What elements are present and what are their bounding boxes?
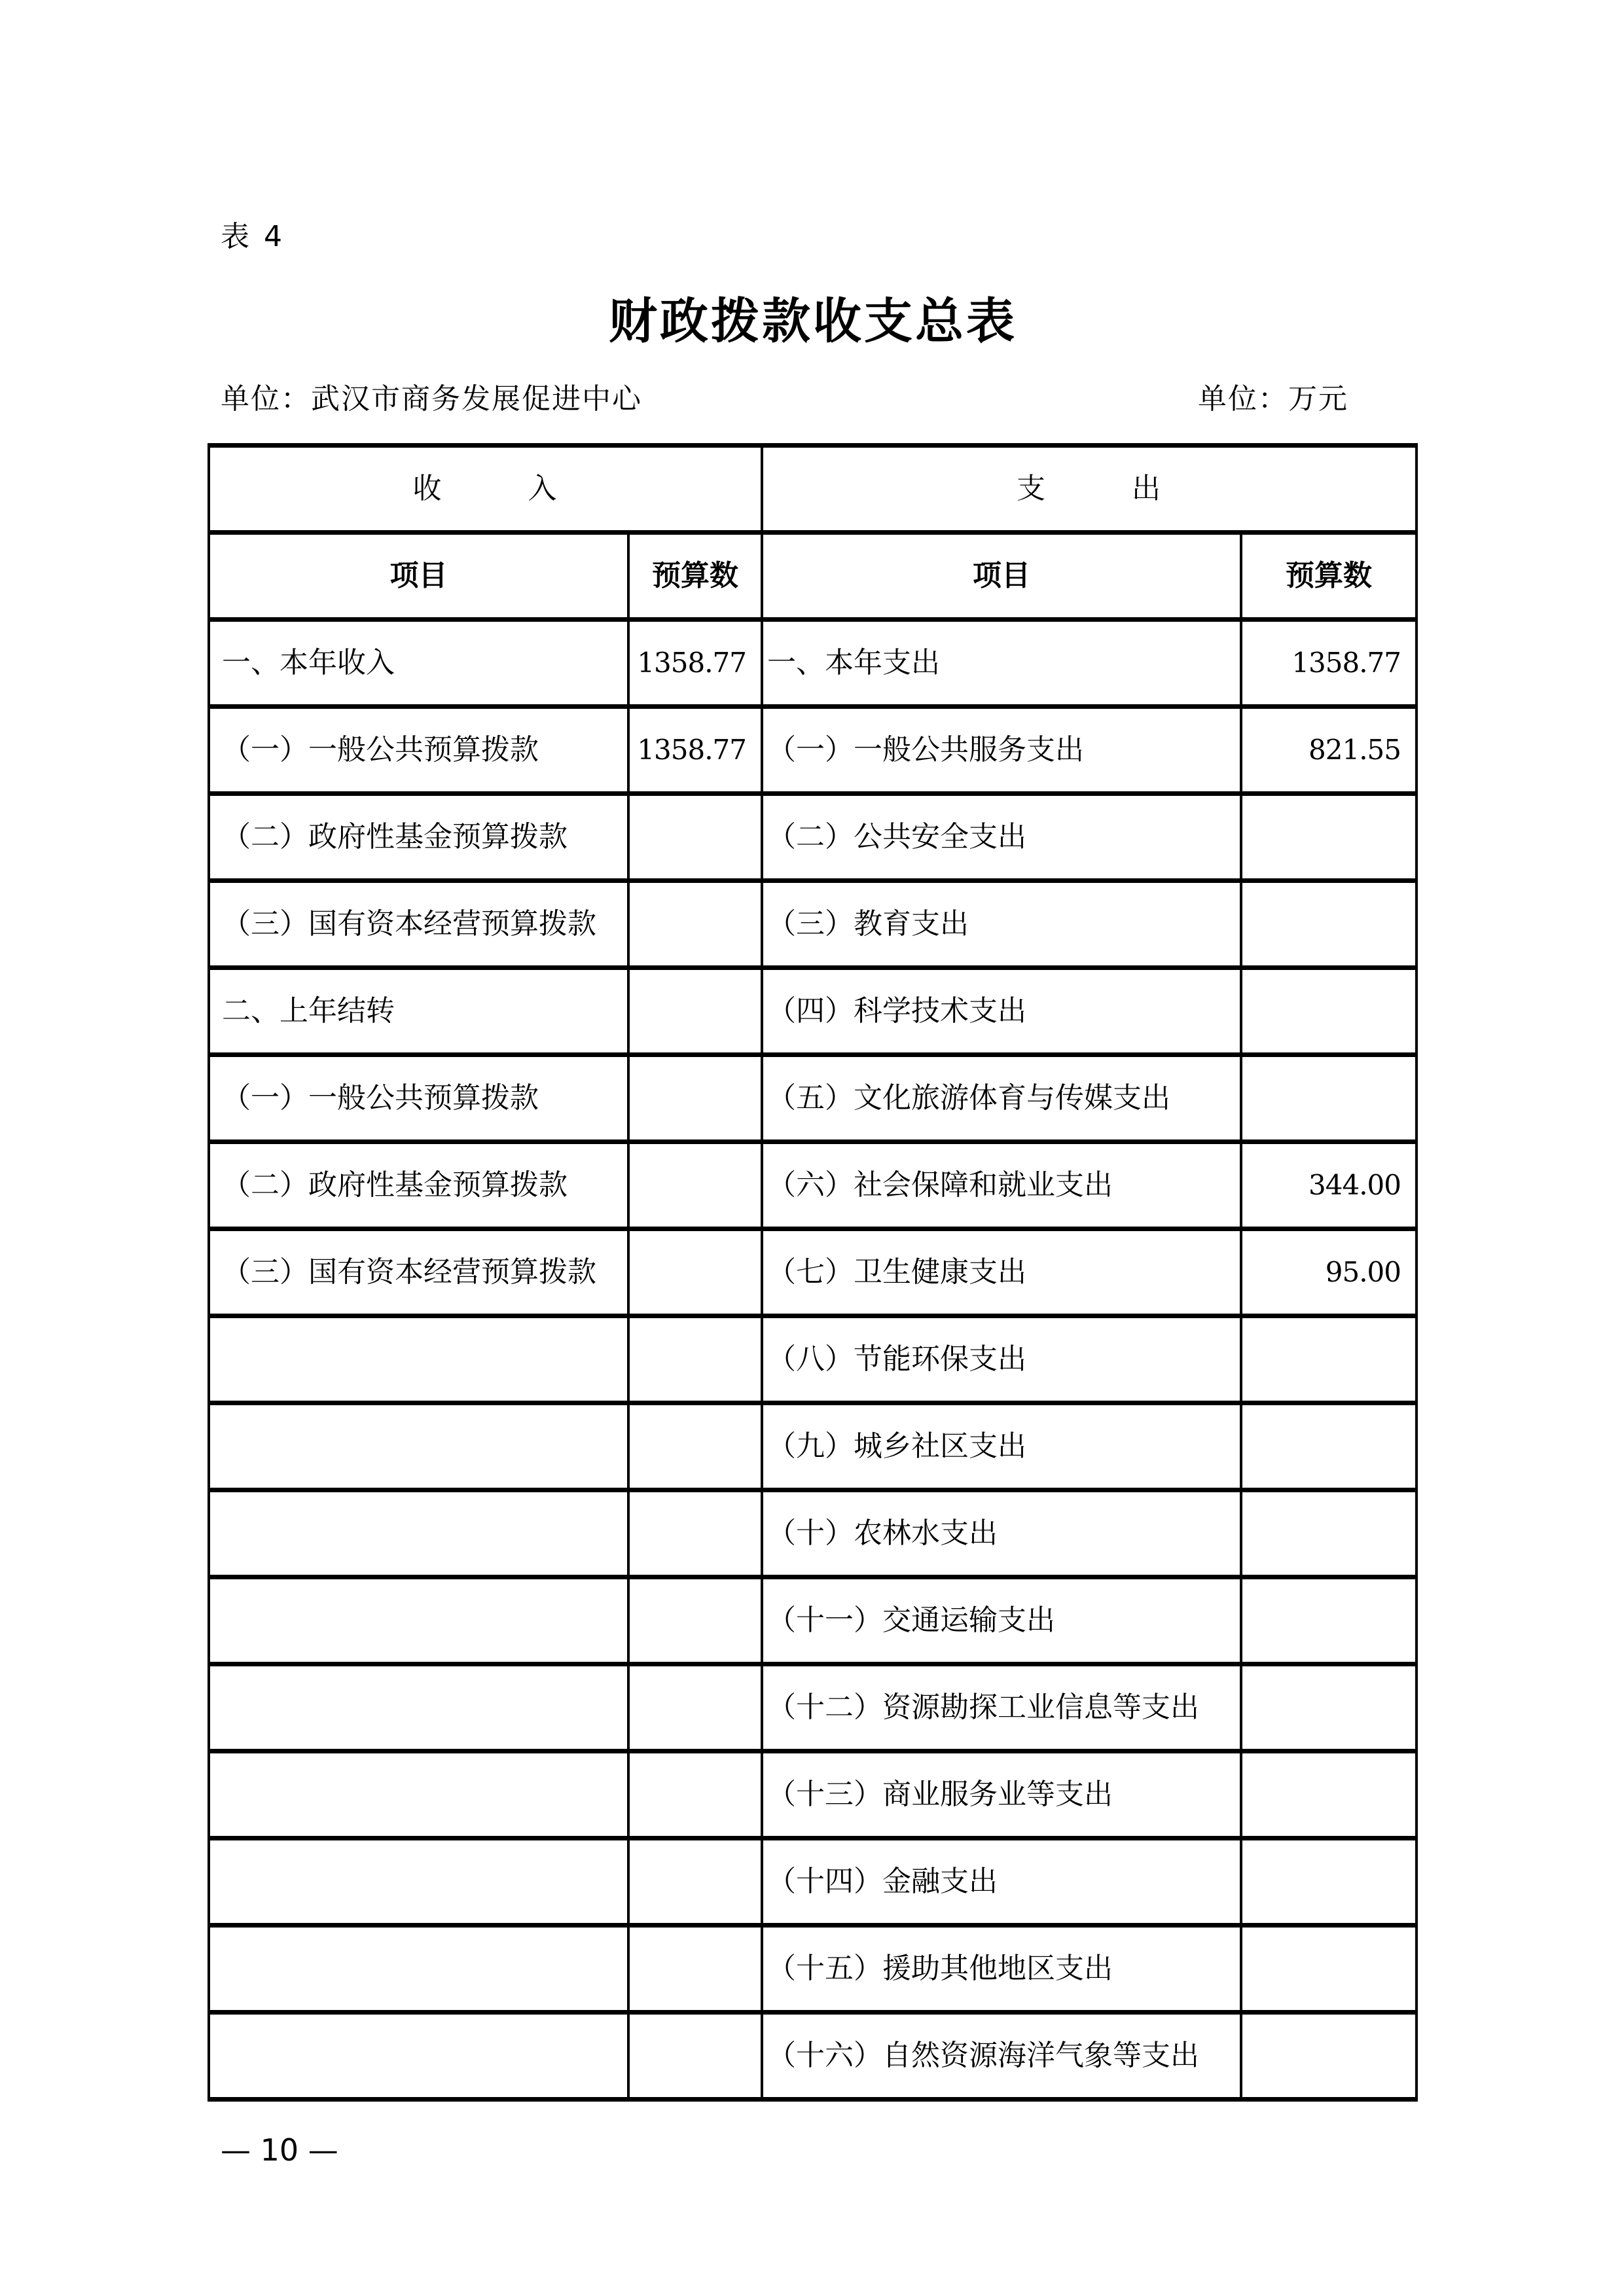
income-amount-cell — [628, 1577, 762, 1664]
income-amount-cell — [628, 1751, 762, 1839]
expense-item-cell: （五）文化旅游体育与传媒支出 — [762, 1055, 1241, 1142]
income-amount-header: 预算数 — [628, 533, 762, 620]
expense-amount-cell — [1241, 1403, 1416, 1490]
unit-currency: 单位：万元 — [1198, 382, 1348, 416]
expense-item-cell: （三）教育支出 — [762, 881, 1241, 968]
expense-item-cell: （四）科学技术支出 — [762, 968, 1241, 1055]
expense-amount-cell — [1241, 1055, 1416, 1142]
income-amount-cell — [628, 1664, 762, 1751]
expense-amount-cell — [1241, 2013, 1416, 2100]
table-row: （十六）自然资源海洋气象等支出 — [209, 2013, 1416, 2100]
table-row: 二、上年结转（四）科学技术支出 — [209, 968, 1416, 1055]
expense-section-header: 支出 — [762, 446, 1416, 533]
table-number-label: 表 4 — [221, 220, 285, 254]
table-body: 一、本年收入1358.77一、本年支出1358.77（一）一般公共预算拨款135… — [209, 620, 1416, 2100]
expense-item-cell: （十）农林水支出 — [762, 1490, 1241, 1577]
income-item-cell — [209, 1490, 628, 1577]
income-item-header: 项目 — [209, 533, 628, 620]
page-number: — 10 — — [221, 2132, 338, 2168]
income-amount-cell: 1358.77 — [628, 707, 762, 794]
expense-amount-cell — [1241, 1926, 1416, 2013]
table-row: （八）节能环保支出 — [209, 1316, 1416, 1403]
income-item-cell: （三）国有资本经营预算拨款 — [209, 1229, 628, 1316]
table-row: （十三）商业服务业等支出 — [209, 1751, 1416, 1839]
income-amount-cell — [628, 794, 762, 881]
expense-amount-header: 预算数 — [1241, 533, 1416, 620]
expense-section-label-b: 出 — [1132, 472, 1162, 505]
income-amount-cell — [628, 1490, 762, 1577]
income-section-header: 收入 — [209, 446, 762, 533]
expense-amount-cell: 344.00 — [1241, 1142, 1416, 1229]
expense-item-cell: （二）公共安全支出 — [762, 794, 1241, 881]
income-item-cell — [209, 1926, 628, 2013]
expense-amount-cell: 95.00 — [1241, 1229, 1416, 1316]
income-amount-cell — [628, 1316, 762, 1403]
expense-amount-cell — [1241, 1839, 1416, 1926]
expense-amount-cell — [1241, 794, 1416, 881]
expense-amount-cell: 821.55 — [1241, 707, 1416, 794]
income-item-cell: （二）政府性基金预算拨款 — [209, 1142, 628, 1229]
document-title: 财政拨款收支总表 — [0, 292, 1624, 351]
expense-item-cell: （十五）援助其他地区支出 — [762, 1926, 1241, 2013]
table-row: （十）农林水支出 — [209, 1490, 1416, 1577]
budget-summary-table: 收入 支出 项目 预算数 项目 预算数 一、本年收入1358.77一、本年支出1… — [208, 443, 1418, 2102]
income-amount-cell — [628, 1142, 762, 1229]
expense-amount-cell — [1241, 881, 1416, 968]
income-item-cell: （二）政府性基金预算拨款 — [209, 794, 628, 881]
expense-amount-cell — [1241, 1751, 1416, 1839]
income-item-cell — [209, 1839, 628, 1926]
income-amount-cell — [628, 1055, 762, 1142]
table-row: （三）国有资本经营预算拨款（七）卫生健康支出95.00 — [209, 1229, 1416, 1316]
expense-item-cell: （十二）资源勘探工业信息等支出 — [762, 1664, 1241, 1751]
table-row: （三）国有资本经营预算拨款（三）教育支出 — [209, 881, 1416, 968]
expense-section-label-a: 支 — [1017, 472, 1047, 505]
table-row: （一）一般公共预算拨款（五）文化旅游体育与传媒支出 — [209, 1055, 1416, 1142]
income-item-cell — [209, 1751, 628, 1839]
income-amount-cell — [628, 1403, 762, 1490]
income-amount-cell — [628, 881, 762, 968]
income-item-cell — [209, 1403, 628, 1490]
column-header-row: 项目 预算数 项目 预算数 — [209, 533, 1416, 620]
income-section-label-b: 入 — [528, 472, 558, 505]
expense-amount-cell: 1358.77 — [1241, 620, 1416, 707]
income-amount-cell — [628, 1926, 762, 2013]
table-row: （二）政府性基金预算拨款（二）公共安全支出 — [209, 794, 1416, 881]
section-header-row: 收入 支出 — [209, 446, 1416, 533]
table-row: （九）城乡社区支出 — [209, 1403, 1416, 1490]
income-section-label-a: 收 — [413, 472, 443, 505]
income-item-cell — [209, 1316, 628, 1403]
income-item-cell — [209, 1664, 628, 1751]
income-amount-cell: 1358.77 — [628, 620, 762, 707]
expense-item-cell: （十三）商业服务业等支出 — [762, 1751, 1241, 1839]
table-row: （一）一般公共预算拨款1358.77（一）一般公共服务支出821.55 — [209, 707, 1416, 794]
income-item-cell: 二、上年结转 — [209, 968, 628, 1055]
income-item-cell: （一）一般公共预算拨款 — [209, 1055, 628, 1142]
expense-item-cell: （六）社会保障和就业支出 — [762, 1142, 1241, 1229]
expense-item-cell: （一）一般公共服务支出 — [762, 707, 1241, 794]
income-item-cell — [209, 2013, 628, 2100]
expense-item-cell: （八）节能环保支出 — [762, 1316, 1241, 1403]
income-amount-cell — [628, 1229, 762, 1316]
expense-item-cell: （十一）交通运输支出 — [762, 1577, 1241, 1664]
table-row: （十五）援助其他地区支出 — [209, 1926, 1416, 2013]
table-row: （十一）交通运输支出 — [209, 1577, 1416, 1664]
income-amount-cell — [628, 2013, 762, 2100]
expense-item-cell: （十四）金融支出 — [762, 1839, 1241, 1926]
expense-amount-cell — [1241, 968, 1416, 1055]
table-row: （十四）金融支出 — [209, 1839, 1416, 1926]
expense-item-cell: （九）城乡社区支出 — [762, 1403, 1241, 1490]
expense-item-cell: （十六）自然资源海洋气象等支出 — [762, 2013, 1241, 2100]
expense-item-cell: 一、本年支出 — [762, 620, 1241, 707]
expense-item-header: 项目 — [762, 533, 1241, 620]
income-item-cell: （一）一般公共预算拨款 — [209, 707, 628, 794]
table-row: 一、本年收入1358.77一、本年支出1358.77 — [209, 620, 1416, 707]
income-amount-cell — [628, 1839, 762, 1926]
income-item-cell: 一、本年收入 — [209, 620, 628, 707]
income-amount-cell — [628, 968, 762, 1055]
income-item-cell — [209, 1577, 628, 1664]
unit-organization: 单位：武汉市商务发展促进中心 — [221, 382, 642, 416]
table-row: （二）政府性基金预算拨款（六）社会保障和就业支出344.00 — [209, 1142, 1416, 1229]
expense-item-cell: （七）卫生健康支出 — [762, 1229, 1241, 1316]
income-item-cell: （三）国有资本经营预算拨款 — [209, 881, 628, 968]
expense-amount-cell — [1241, 1316, 1416, 1403]
expense-amount-cell — [1241, 1664, 1416, 1751]
expense-amount-cell — [1241, 1490, 1416, 1577]
table-row: （十二）资源勘探工业信息等支出 — [209, 1664, 1416, 1751]
expense-amount-cell — [1241, 1577, 1416, 1664]
